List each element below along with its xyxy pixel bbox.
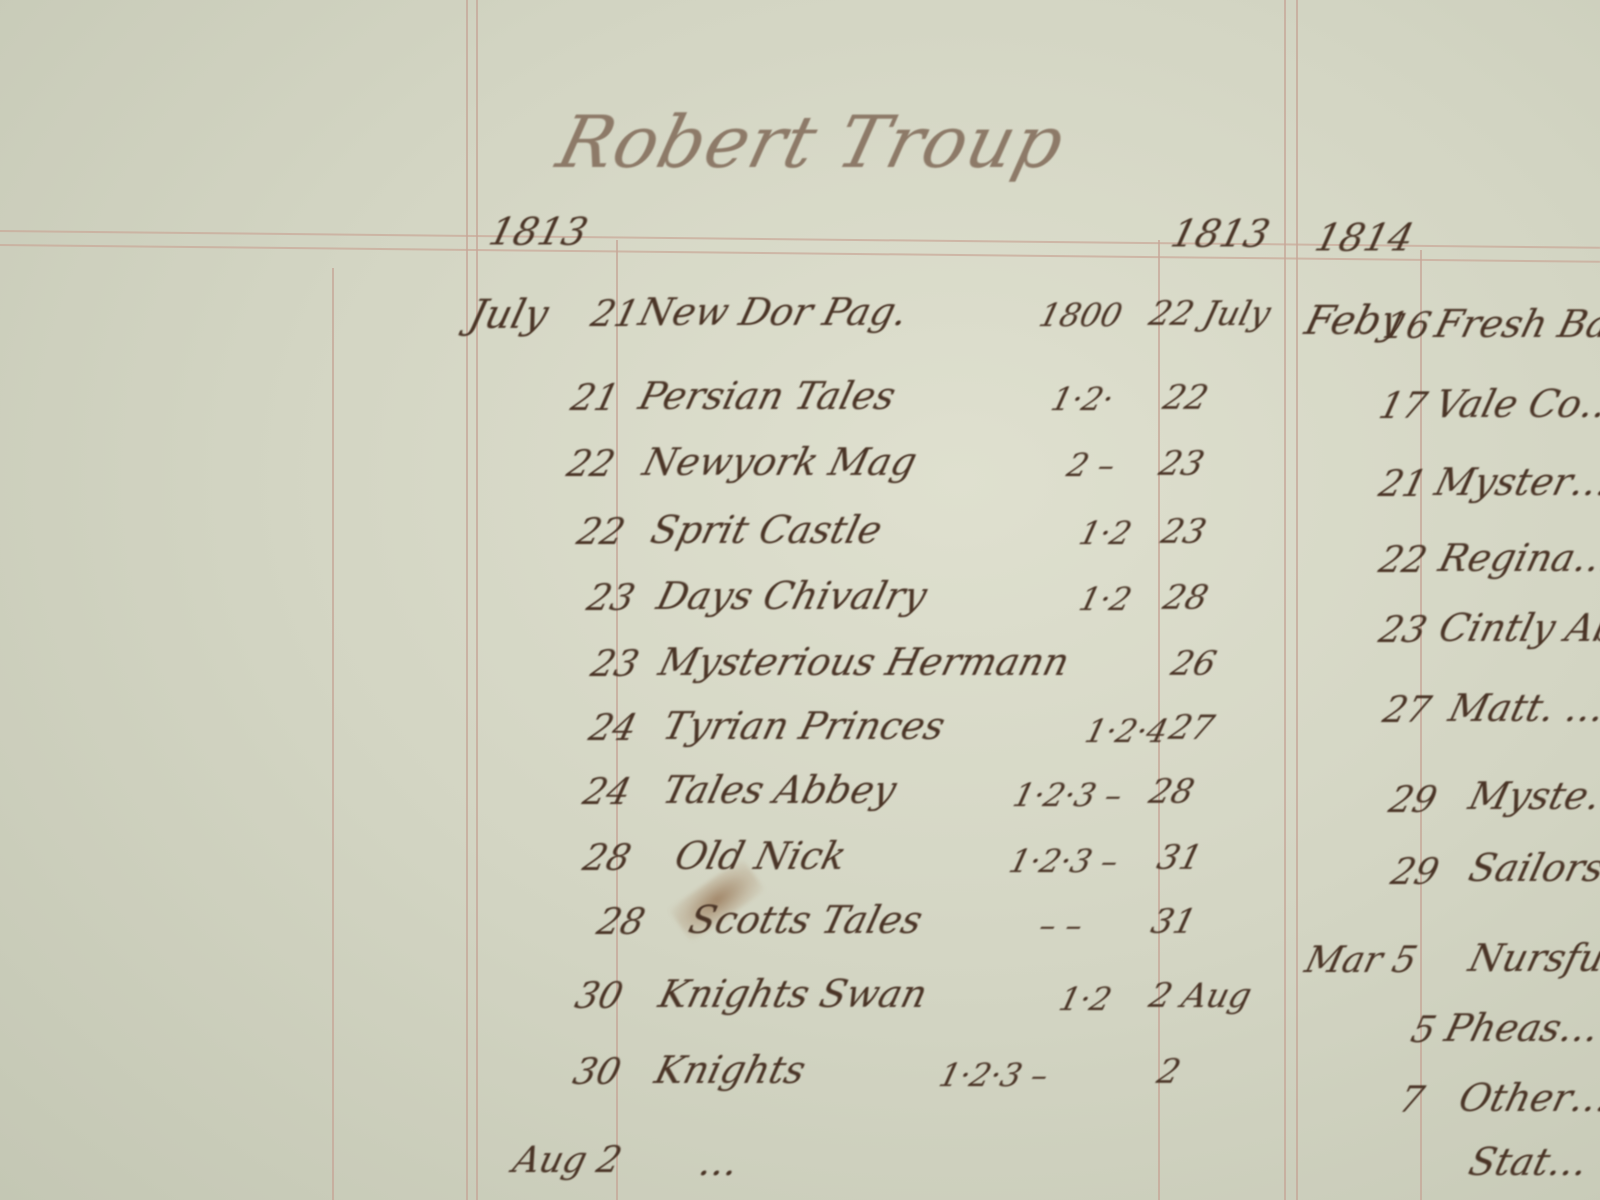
- entry-returned: 28: [1159, 578, 1212, 618]
- entry-title: Tyrian Princes: [659, 704, 950, 748]
- entry-title: Regina…: [1435, 536, 1600, 580]
- entry-returned: 26: [1167, 644, 1220, 684]
- entry-returned: 22 July: [1145, 294, 1275, 334]
- entry-day: 29: [1385, 780, 1441, 821]
- entry-day: Aug 2: [509, 1140, 626, 1181]
- entry-title: Other…: [1455, 1076, 1600, 1120]
- entry-title: Myster…: [1431, 460, 1600, 504]
- entry-title: Vale Co…: [1431, 382, 1600, 426]
- entry-returned: 28: [1145, 772, 1198, 812]
- entry-volumes: 1·2: [1075, 514, 1135, 552]
- year-label-right: 1814: [1311, 216, 1419, 260]
- entry-title: Days Chivalry: [653, 574, 932, 618]
- entry-day: 23: [583, 578, 639, 619]
- entry-title: Newyork Mag: [639, 440, 922, 484]
- entry-volumes: 1·2: [1055, 980, 1115, 1018]
- entry-title: Old Nick: [671, 834, 851, 878]
- entry-day: 28: [593, 902, 649, 943]
- entry-day: 28: [579, 838, 635, 879]
- year-label-left: 1813: [485, 210, 593, 254]
- block-divider-2: [1296, 0, 1298, 1200]
- entry-volumes: 1·2·3 –: [1005, 842, 1122, 880]
- entry-returned: 23: [1155, 444, 1208, 484]
- entry-title: Sailors…: [1465, 846, 1600, 890]
- entry-title: Nursful…: [1465, 936, 1600, 980]
- entry-title: Pheas…: [1441, 1006, 1600, 1050]
- entry-title: Knights Swan: [655, 972, 932, 1016]
- date-rule-left-2: [476, 0, 478, 1200]
- entry-day: 24: [585, 708, 641, 749]
- month-label-left: July: [464, 292, 553, 338]
- entry-day: 23: [1375, 610, 1431, 651]
- entry-day: 17: [1375, 386, 1431, 427]
- entry-title: Mysterious Hermann: [655, 640, 1074, 684]
- entry-returned: 31: [1147, 902, 1200, 942]
- entry-day: 24: [579, 772, 635, 813]
- entry-day: 16: [1379, 306, 1435, 347]
- entry-day: 30: [571, 976, 627, 1017]
- entry-returned: 23: [1157, 512, 1210, 552]
- entry-title: Cintly Ab…: [1435, 606, 1600, 650]
- entry-day: 23: [587, 644, 643, 685]
- date-rule-left: [466, 0, 468, 1200]
- entry-title: …: [695, 1140, 744, 1184]
- entry-day: 21: [567, 378, 623, 419]
- entry-title: Myste…: [1465, 774, 1600, 818]
- entry-returned: 27: [1165, 708, 1218, 748]
- entry-day: 22: [563, 444, 619, 485]
- entry-volumes: 1·2·4: [1081, 712, 1172, 750]
- entry-title: Fresh Ban…: [1431, 302, 1600, 346]
- entry-volumes: 2 –: [1063, 446, 1119, 484]
- entry-day: 22: [1375, 540, 1431, 581]
- entry-returned: 31: [1153, 838, 1206, 878]
- entry-title: Persian Tales: [635, 374, 901, 418]
- entry-volumes: 1800: [1035, 296, 1126, 334]
- entry-day: 7: [1395, 1080, 1428, 1121]
- entry-volumes: 1·2·3 –: [1009, 776, 1126, 814]
- entry-title: New Dor Pag.: [635, 290, 913, 334]
- entry-returned: 2 Aug: [1145, 976, 1256, 1016]
- entry-title: Tales Abbey: [659, 768, 901, 812]
- entry-day: 29: [1387, 852, 1443, 893]
- entry-volumes: 1·2: [1075, 580, 1135, 618]
- entry-title: Knights: [651, 1048, 811, 1092]
- entry-volumes: – –: [1035, 906, 1087, 944]
- entry-returned: 22: [1159, 378, 1212, 418]
- entry-day: Mar 5: [1301, 940, 1421, 981]
- ledger-page: Robert Troup 1813 1813 July 21 New Dor P…: [0, 0, 1600, 1200]
- entry-title: Scotts Tales: [685, 898, 927, 942]
- entry-day: 5: [1407, 1010, 1440, 1051]
- entry-volumes: 1·2·3 –: [935, 1056, 1052, 1094]
- block-divider-1: [1284, 0, 1286, 1200]
- entry-title: Matt. …: [1445, 686, 1600, 730]
- entry-volumes: 1·2·: [1047, 380, 1118, 418]
- margin-rule: [332, 268, 334, 1200]
- entry-day: 21: [587, 294, 643, 335]
- year-label-return: 1813: [1167, 212, 1275, 256]
- account-name: Robert Troup: [550, 100, 1074, 184]
- entry-day: 22: [573, 512, 629, 553]
- entry-day: 27: [1379, 690, 1435, 731]
- entry-day: 21: [1375, 464, 1431, 505]
- entry-title: Stat…: [1465, 1140, 1593, 1184]
- entry-title: Sprit Castle: [647, 508, 887, 552]
